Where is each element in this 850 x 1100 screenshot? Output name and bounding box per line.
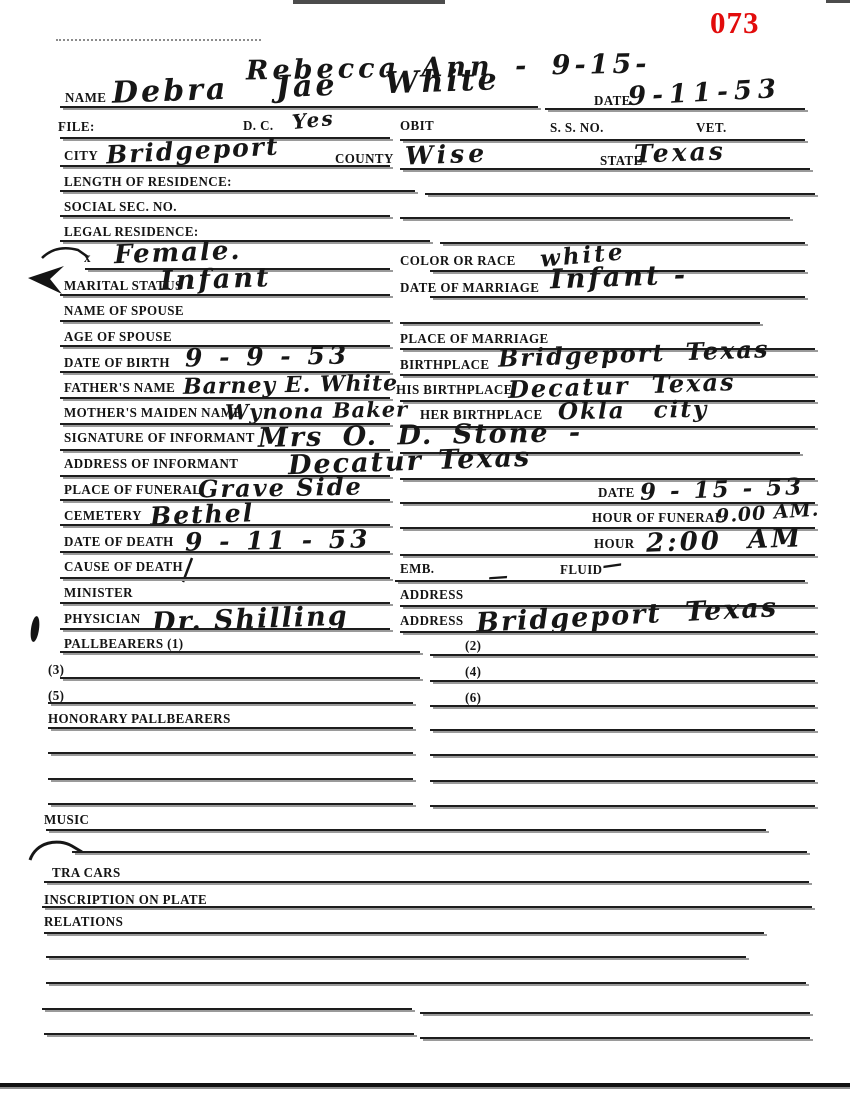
field-value-physician: Dr. Shilling [152, 603, 349, 637]
rule-line [400, 322, 760, 327]
field-label-cause-of-death: CAUSE OF DEATH [64, 559, 183, 576]
field-value-fathers-name: Barney E. White [183, 372, 399, 398]
field-label-his-birthplace: HIS BIRTHPLACE [396, 382, 513, 399]
rule-line [48, 803, 413, 808]
field-value-cemetery: Bethel [150, 500, 255, 529]
field-label-minister-address: ADDRESS [400, 587, 463, 604]
rule-line [48, 702, 413, 707]
rule-line [42, 1008, 412, 1013]
field-label-honorary-pallbearers: HONORARY PALLBEARERS [48, 711, 231, 728]
field-label-hour-of-funeral: HOUR OF FUNERAL [592, 510, 724, 527]
field-label-mothers-maiden-name: MOTHER'S MAIDEN NAME [64, 405, 242, 422]
pen-arc-mark [40, 242, 100, 262]
field-value-county: Wise [405, 141, 489, 169]
rule-line [430, 296, 805, 301]
field-label-date-of-marriage: DATE OF MARRIAGE [400, 280, 539, 297]
pen-squiggle-mark [28, 838, 92, 862]
rule-line [60, 677, 420, 682]
field-label-cemetery: CEMETERY [64, 508, 142, 525]
rule-line [48, 778, 413, 783]
field-label-city: CITY [64, 148, 98, 165]
field-value-city: Bridgeport [105, 133, 280, 167]
field-label-obit: OBIT [400, 118, 434, 135]
field-value-birthplace: Bridgeport Texas [498, 337, 770, 370]
rule-line [430, 654, 815, 659]
field-label-emb: EMB. [400, 561, 434, 578]
rule-line [430, 780, 815, 785]
field-value-name: Debra Jae White [112, 65, 501, 109]
field-value-date-of-marriage: Infant - [550, 262, 689, 294]
field-label-place-of-funeral: PLACE OF FUNERAL [64, 482, 201, 499]
field-label-length-of-residence: LENGTH OF RESIDENCE: [64, 174, 232, 191]
field-label-name: NAME [65, 90, 106, 107]
field-label-date-of-death: DATE OF DEATH [64, 534, 174, 551]
field-value-emb: — [487, 565, 508, 586]
field-label-age-of-spouse: AGE OF SPOUSE [64, 329, 172, 346]
rule-line [60, 215, 390, 220]
rule-line [395, 580, 805, 585]
rule-line [400, 217, 790, 222]
field-label-pallbearers-4: (4) [465, 664, 481, 681]
field-label-hour-of-death: HOUR [594, 536, 635, 553]
field-label-music: MUSIC [44, 812, 89, 829]
field-label-physician: PHYSICIAN [64, 611, 141, 628]
field-label-date-of-birth: DATE OF BIRTH [64, 355, 170, 372]
field-label-birthplace: BIRTHPLACE [400, 357, 490, 374]
rule-line [430, 805, 815, 810]
field-label-extra-cars: TRA CARS [52, 865, 121, 882]
field-value-hour-of-death: 2:00 AM [646, 525, 804, 556]
field-value-funeral-date: 9 - 15 - 53 [640, 475, 805, 504]
field-label-pallbearers-1: PALLBEARERS (1) [64, 636, 184, 653]
field-label-minister: MINISTER [64, 585, 133, 602]
rule-line [44, 881, 809, 886]
rule-line [60, 294, 390, 299]
field-value-date: 9-11-53 [627, 76, 782, 110]
field-value-hour-of-funeral: 9.00 AM. [715, 500, 819, 526]
field-value-fluid: — [601, 553, 624, 576]
page-bottom-edge [0, 1083, 850, 1091]
field-label-physician-address: ADDRESS [400, 613, 463, 630]
rule-line [44, 932, 764, 937]
margin-arrow-mark [24, 264, 66, 296]
rule-line [44, 1033, 414, 1038]
field-value-marital-status: Infant [160, 264, 272, 295]
field-label-signature-of-informant: SIGNATURE OF INFORMANT [64, 430, 255, 447]
pen-stroke-mark [180, 556, 194, 584]
field-value-mothers-maiden-name: Wynona Baker [225, 398, 408, 422]
rule-line [48, 752, 413, 757]
field-label-county: COUNTY [335, 151, 394, 168]
field-label-pallbearers-2: (2) [465, 638, 481, 655]
field-label-fathers-name: FATHER'S NAME [64, 380, 175, 397]
field-label-vet: VET. [696, 120, 727, 137]
rule-line [430, 754, 815, 759]
field-label-inscription-on-plate: INSCRIPTION ON PLATE [44, 892, 207, 909]
field-label-pallbearers-6: (6) [465, 690, 481, 707]
rule-line [46, 982, 806, 987]
field-label-color-or-race: COLOR OR RACE [400, 253, 516, 270]
scan-edge-bar [293, 0, 445, 4]
scan-edge-bar-right [826, 0, 850, 3]
field-value-date-of-death: 9 - 11 - 53 [185, 526, 372, 554]
rule-line [60, 190, 415, 195]
margin-ink-blob [28, 614, 42, 644]
field-label-name-of-spouse: NAME OF SPOUSE [64, 303, 184, 320]
field-value-state: Texas [634, 138, 727, 166]
field-value-date-of-birth: 9 - 9 - 53 [185, 343, 351, 371]
field-label-social-sec-no: SOCIAL SEC. NO. [64, 199, 177, 216]
field-label-pallbearers-5: (5) [48, 688, 64, 705]
funeral-record-card: 073 Rebecca Ann - 9-15- NAME Debra Jae W… [0, 0, 850, 1100]
field-value-dc: Yes [291, 108, 335, 132]
rule-line [60, 320, 390, 325]
rule-line [72, 851, 807, 856]
field-label-file: FILE: [58, 119, 95, 136]
field-label-sex: x [84, 250, 91, 267]
index-number-stamp: 073 [710, 5, 760, 41]
rule-line [420, 1012, 810, 1017]
rule-line [420, 1037, 810, 1042]
rule-line [48, 727, 413, 732]
field-label-relations: RELATIONS [44, 914, 123, 931]
rule-line [425, 193, 815, 198]
field-label-funeral-date: DATE [598, 485, 635, 502]
field-value-physician-address: Bridgeport Texas [476, 594, 779, 637]
rule-line [430, 729, 815, 734]
field-label-pallbearers-3: (3) [48, 662, 64, 679]
field-label-ssno: S. S. NO. [550, 120, 604, 137]
field-label-address-of-informant: ADDRESS OF INFORMANT [64, 456, 238, 473]
rule-line [46, 829, 766, 834]
rule-line [46, 956, 746, 961]
rule-line [430, 680, 815, 685]
rule-line [430, 705, 815, 710]
field-label-fluid: FLUID [560, 562, 602, 579]
field-label-date: DATE [594, 93, 631, 110]
faint-dotted-line [56, 39, 261, 41]
rule-line [60, 577, 390, 582]
field-value-place-of-funeral: Grave Side [198, 475, 363, 502]
